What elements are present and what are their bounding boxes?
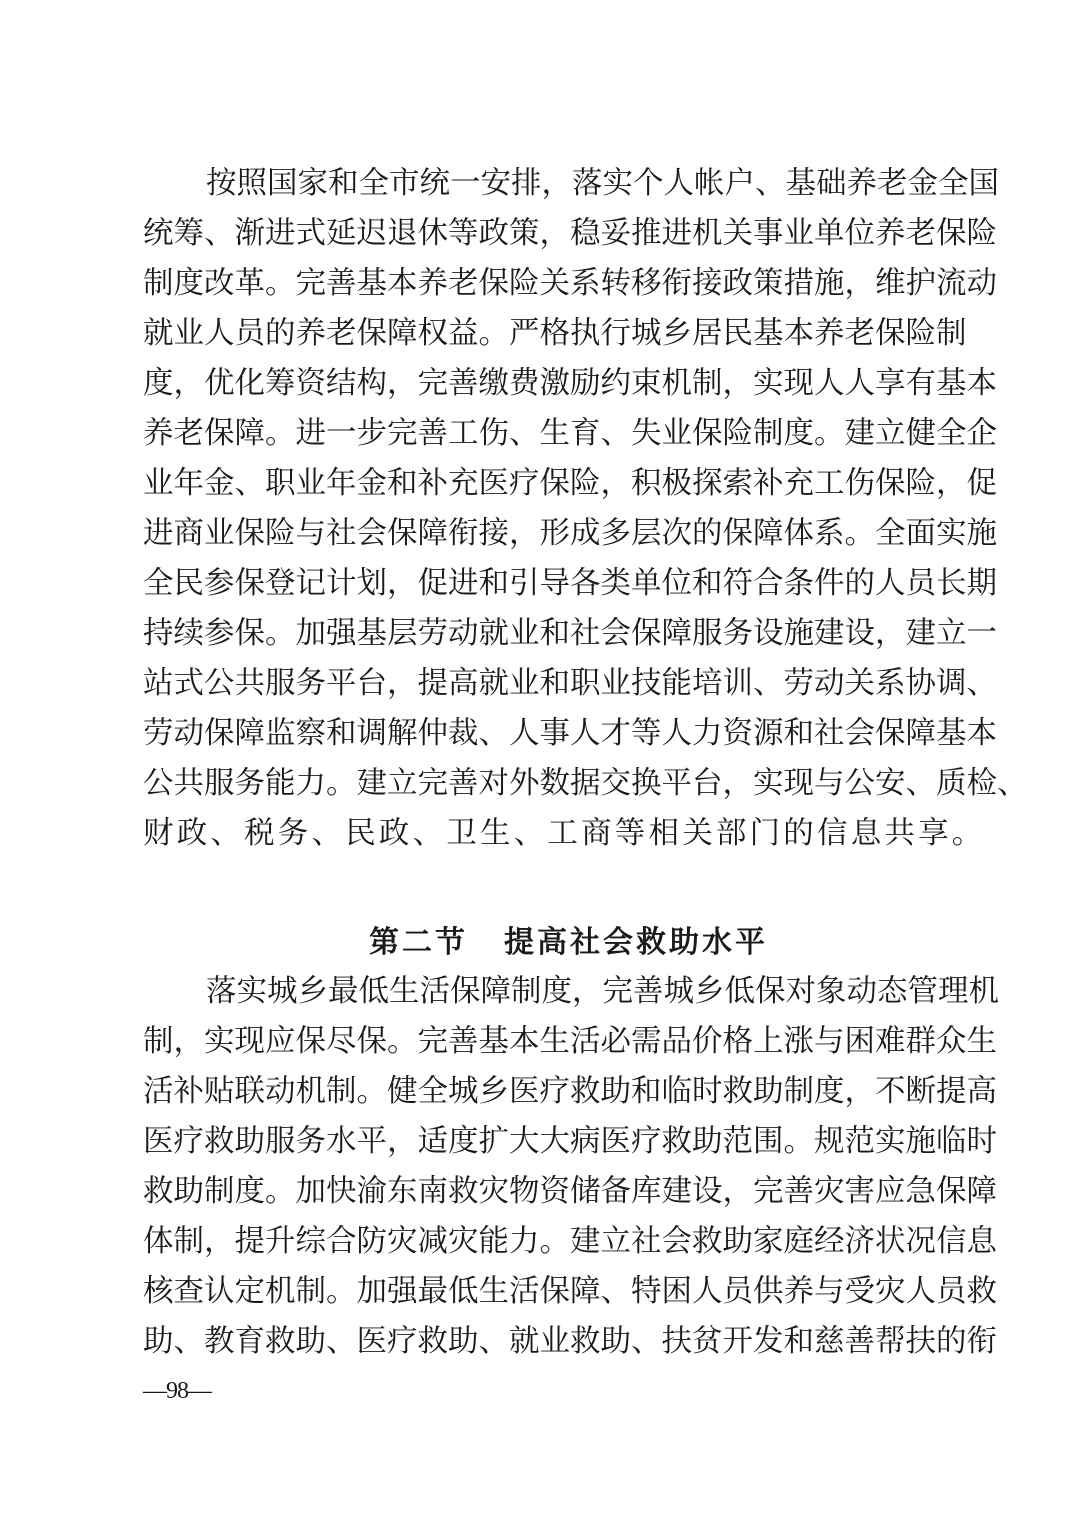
text-line: 制度改革。完善基本养老保险关系转移衔接政策措施，维护流动: [143, 259, 943, 309]
section-number: 第二节: [369, 925, 468, 960]
text-line: 进商业保险与社会保障衔接，形成多层次的保障体系。全面实施: [143, 509, 943, 559]
text-line: 医疗救助服务水平，适度扩大大病医疗救助范围。规范实施临时: [143, 1117, 943, 1167]
text-line: 就业人员的养老保障权益。严格执行城乡居民基本养老保险制: [143, 309, 943, 359]
text-line: 活补贴联动机制。健全城乡医疗救助和临时救助制度，不断提高: [143, 1067, 943, 1117]
text-line: 助、教育救助、医疗救助、就业救助、扶贫开发和慈善帮扶的衔: [143, 1317, 943, 1367]
text-line: 落实城乡最低生活保障制度，完善城乡低保对象动态管理机: [206, 967, 943, 1017]
section-title: 提高社会救助水平: [504, 925, 768, 960]
text-line: 公共服务能力。建立完善对外数据交换平台，实现与公安、质检、: [143, 759, 943, 809]
text-line: 全民参保登记计划，促进和引导各类单位和符合条件的人员长期: [143, 559, 943, 609]
page-number: —98—: [143, 1376, 211, 1406]
text-line: 站式公共服务平台，提高就业和职业技能培训、劳动关系协调、: [143, 659, 943, 709]
text-line: 体制，提升综合防灾减灾能力。建立社会救助家庭经济状况信息: [143, 1217, 943, 1267]
text-line: 养老保障。进一步完善工伤、生育、失业保险制度。建立健全企: [143, 409, 943, 459]
text-line: 持续参保。加强基层劳动就业和社会保障服务设施建设，建立一: [143, 609, 943, 659]
text-line: 按照国家和全市统一安排，落实个人帐户、基础养老金全国: [206, 159, 943, 209]
text-line: 劳动保障监察和调解仲裁、人事人才等人力资源和社会保障基本: [143, 709, 943, 759]
text-line: 财政、税务、民政、卫生、工商等相关部门的信息共享。: [143, 809, 943, 859]
text-line: 核查认定机制。加强最低生活保障、特困人员供养与受灾人员救: [143, 1267, 943, 1317]
text-line: 制，实现应保尽保。完善基本生活必需品价格上涨与困难群众生: [143, 1017, 943, 1067]
section-heading: 第二节提高社会救助水平: [369, 918, 768, 968]
text-line: 业年金、职业年金和补充医疗保险，积极探索补充工伤保险，促: [143, 459, 943, 509]
text-line: 度，优化筹资结构，完善缴费激励约束机制，实现人人享有基本: [143, 359, 943, 409]
text-line: 救助制度。加快渝东南救灾物资储备库建设，完善灾害应急保障: [143, 1167, 943, 1217]
text-line: 统筹、渐进式延迟退休等政策，稳妥推进机关事业单位养老保险: [143, 209, 943, 259]
document-page: 按照国家和全市统一安排，落实个人帐户、基础养老金全国 统筹、渐进式延迟退休等政策…: [0, 0, 1074, 1520]
